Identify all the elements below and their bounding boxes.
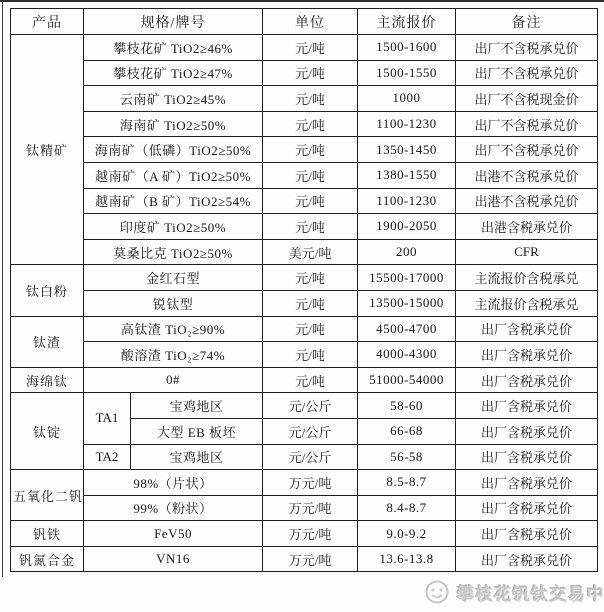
product-group-cell: 钛精矿 [11, 35, 84, 265]
note-cell: 出厂含税承兑价 [456, 546, 598, 572]
unit-cell: 元/吨 [263, 214, 358, 240]
screen-edge-line-left [2, 0, 3, 577]
note-cell: 出厂含税承兑价 [456, 316, 598, 342]
unit-cell: 美元/吨 [263, 239, 358, 265]
unit-cell: 元/吨 [263, 188, 358, 214]
price-cell: 1900-2050 [358, 214, 456, 240]
note-cell: 出厂含税承兑价 [456, 521, 598, 547]
table-row: 钛渣 高钛渣 TiO₂≥90% 元/吨 4500-4700 出厂含税承兑价 [11, 316, 598, 342]
product-group-cell: 钛渣 [11, 316, 84, 367]
note-cell: 出厂不含税现金价 [456, 86, 598, 112]
price-cell: 58-60 [358, 393, 456, 419]
table-row: 海绵钛 0# 元/吨 51000-54000 出厂含税承兑价 [11, 367, 598, 393]
unit-cell: 万元/吨 [263, 470, 358, 496]
table-row: 海南矿 TiO2≥50% 元/吨 1100-1230 出厂不含税承兑价 [11, 111, 598, 137]
header-row: 产品 规格/牌号 单位 主流报价 备注 [11, 9, 598, 35]
product-group-cell: 钛白粉 [11, 265, 84, 316]
unit-cell: 元/公斤 [263, 393, 358, 419]
unit-cell: 元/吨 [263, 86, 358, 112]
price-cell: 1500-1600 [358, 35, 456, 61]
price-cell: 56-58 [358, 444, 456, 470]
unit-cell: 万元/吨 [263, 521, 358, 547]
spec-cell: 98%（片状） [84, 470, 263, 496]
grade-cell: TA2 [84, 444, 131, 470]
price-cell: 1000 [358, 86, 456, 112]
unit-cell: 元/公斤 [263, 418, 358, 444]
unit-cell: 万元/吨 [263, 495, 358, 521]
price-cell: 200 [358, 239, 456, 265]
unit-cell: 元/吨 [263, 316, 358, 342]
note-cell: 出厂含税承兑价 [456, 393, 598, 419]
col-header-spec: 规格/牌号 [84, 9, 263, 35]
price-cell: 1350-1450 [358, 137, 456, 163]
note-cell: 出厂含税承兑价 [456, 367, 598, 393]
unit-cell: 元/吨 [263, 111, 358, 137]
table-row: 海南矿（低磷）TiO2≥50% 元/吨 1350-1450 出厂不含税承兑价 [11, 137, 598, 163]
col-header-note: 备注 [456, 9, 598, 35]
brand-watermark: 攀枝花钒钛交易中心 [424, 577, 604, 607]
price-cell: 13.6-13.8 [358, 546, 456, 572]
product-group-cell: 钒铁 [11, 521, 84, 547]
spec-cell: 莫桑比克 TiO2≥50% [84, 239, 263, 265]
spec-cell: 高钛渣 TiO₂≥90% [84, 316, 263, 342]
price-cell: 51000-54000 [358, 367, 456, 393]
price-cell: 66-68 [358, 418, 456, 444]
spec-cell: 金红石型 [84, 265, 263, 291]
col-header-price: 主流报价 [358, 9, 456, 35]
price-cell: 1500-1550 [358, 60, 456, 86]
product-group-cell: 五氧化二钒 [11, 470, 84, 521]
product-group-cell: 钛锭 [11, 393, 84, 470]
spec-cell: 0# [84, 367, 263, 393]
unit-cell: 元/吨 [263, 137, 358, 163]
spec-cell: 锐钛型 [84, 290, 263, 316]
note-cell: 出厂不含税承兑价 [456, 60, 598, 86]
spec-cell: VN16 [84, 546, 263, 572]
note-cell: 出厂不含税承兑价 [456, 137, 598, 163]
spec-cell: 越南矿（B 矿）TiO2≥54% [84, 188, 263, 214]
note-cell: 主流报价含税承兑 [456, 265, 598, 291]
screen-edge-line-top [0, 0, 604, 2]
unit-cell: 元/吨 [263, 367, 358, 393]
table-row: 攀枝花矿 TiO2≥47% 元/吨 1500-1550 出厂不含税承兑价 [11, 60, 598, 86]
unit-cell: 元/吨 [263, 290, 358, 316]
spec-cell: 攀枝花矿 TiO2≥46% [84, 35, 263, 61]
table-row: 99%（粉状） 万元/吨 8.4-8.7 出厂含税承兑价 [11, 495, 598, 521]
price-cell: 13500-15000 [358, 290, 456, 316]
note-cell: 主流报价含税承兑 [456, 290, 598, 316]
price-cell: 4500-4700 [358, 316, 456, 342]
spec-cell: 海南矿 TiO2≥50% [84, 111, 263, 137]
table-row: 酸溶渣 TiO₂≥74% 元/吨 4000-4300 出厂含税承兑价 [11, 342, 598, 368]
col-header-product: 产品 [11, 9, 84, 35]
price-cell: 1380-1550 [358, 162, 456, 188]
product-group-cell: 海绵钛 [11, 367, 84, 393]
unit-cell: 元/吨 [263, 162, 358, 188]
note-cell: 出厂不含税承兑价 [456, 111, 598, 137]
note-cell: 出厂含税承兑价 [456, 342, 598, 368]
spec-cell: 大型 EB 板坯 [131, 418, 263, 444]
price-cell: 1100-1230 [358, 111, 456, 137]
product-price-table: 产品 规格/牌号 单位 主流报价 备注 钛精矿 攀枝花矿 TiO2≥46% 元/… [10, 8, 598, 572]
col-header-unit: 单位 [263, 9, 358, 35]
note-cell: 出厂含税承兑价 [456, 470, 598, 496]
exchange-logo-icon [424, 579, 450, 605]
price-cell: 8.4-8.7 [358, 495, 456, 521]
note-cell: 出港不含税承兑价 [456, 162, 598, 188]
unit-cell: 元/吨 [263, 265, 358, 291]
spec-cell: 宝鸡地区 [131, 393, 263, 419]
table-row: 钛白粉 金红石型 元/吨 15500-17000 主流报价含税承兑 [11, 265, 598, 291]
table-row: 钒氮合金 VN16 万元/吨 13.6-13.8 出厂含税承兑价 [11, 546, 598, 572]
unit-cell: 元/吨 [263, 60, 358, 86]
grade-cell: TA1 [84, 393, 131, 444]
unit-cell: 万元/吨 [263, 546, 358, 572]
spec-cell: 印度矿 TiO2≥50% [84, 214, 263, 240]
note-cell: 出厂不含税承兑价 [456, 35, 598, 61]
unit-cell: 元/吨 [263, 342, 358, 368]
spec-cell: 酸溶渣 TiO₂≥74% [84, 342, 263, 368]
note-cell: 出厂含税承兑价 [456, 418, 598, 444]
note-cell: CFR [456, 239, 598, 265]
table-row: 钛精矿 攀枝花矿 TiO2≥46% 元/吨 1500-1600 出厂不含税承兑价 [11, 35, 598, 61]
table-row: 钒铁 FeV50 万元/吨 9.0-9.2 出厂含税承兑价 [11, 521, 598, 547]
table-row: 钛锭 TA1 宝鸡地区 元/公斤 58-60 出厂含税承兑价 [11, 393, 598, 419]
table-row: 锐钛型 元/吨 13500-15000 主流报价含税承兑 [11, 290, 598, 316]
unit-cell: 元/吨 [263, 35, 358, 61]
table-row: 五氧化二钒 98%（片状） 万元/吨 8.5-8.7 出厂含税承兑价 [11, 470, 598, 496]
spec-cell: FeV50 [84, 521, 263, 547]
table-row: 越南矿（B 矿）TiO2≥54% 元/吨 1100-1230 出港不含税承兑价 [11, 188, 598, 214]
unit-cell: 元/公斤 [263, 444, 358, 470]
table-row: 越南矿（A 矿）TiO2≥50% 元/吨 1380-1550 出港不含税承兑价 [11, 162, 598, 188]
price-cell: 4000-4300 [358, 342, 456, 368]
price-cell: 15500-17000 [358, 265, 456, 291]
price-cell: 1100-1230 [358, 188, 456, 214]
note-cell: 出港含税承兑价 [456, 214, 598, 240]
price-cell: 9.0-9.2 [358, 521, 456, 547]
spec-cell: 99%（粉状） [84, 495, 263, 521]
note-cell: 出厂含税承兑价 [456, 444, 598, 470]
note-cell: 出港不含税承兑价 [456, 188, 598, 214]
screenshot-root: { "table": { "headers": { "product": "产品… [0, 0, 604, 612]
table-row: TA2 宝鸡地区 元/公斤 56-58 出厂含税承兑价 [11, 444, 598, 470]
spec-cell: 海南矿（低磷）TiO2≥50% [84, 137, 263, 163]
table-row: 云南矿 TiO2≥45% 元/吨 1000 出厂不含税现金价 [11, 86, 598, 112]
table-row: 莫桑比克 TiO2≥50% 美元/吨 200 CFR [11, 239, 598, 265]
note-cell: 出厂含税承兑价 [456, 495, 598, 521]
brand-watermark-text: 攀枝花钒钛交易中心 [457, 580, 604, 605]
price-cell: 8.5-8.7 [358, 470, 456, 496]
product-group-cell: 钒氮合金 [11, 546, 84, 572]
spec-cell: 越南矿（A 矿）TiO2≥50% [84, 162, 263, 188]
spec-cell: 宝鸡地区 [131, 444, 263, 470]
table-row: 印度矿 TiO2≥50% 元/吨 1900-2050 出港含税承兑价 [11, 214, 598, 240]
spec-cell: 云南矿 TiO2≥45% [84, 86, 263, 112]
spec-cell: 攀枝花矿 TiO2≥47% [84, 60, 263, 86]
